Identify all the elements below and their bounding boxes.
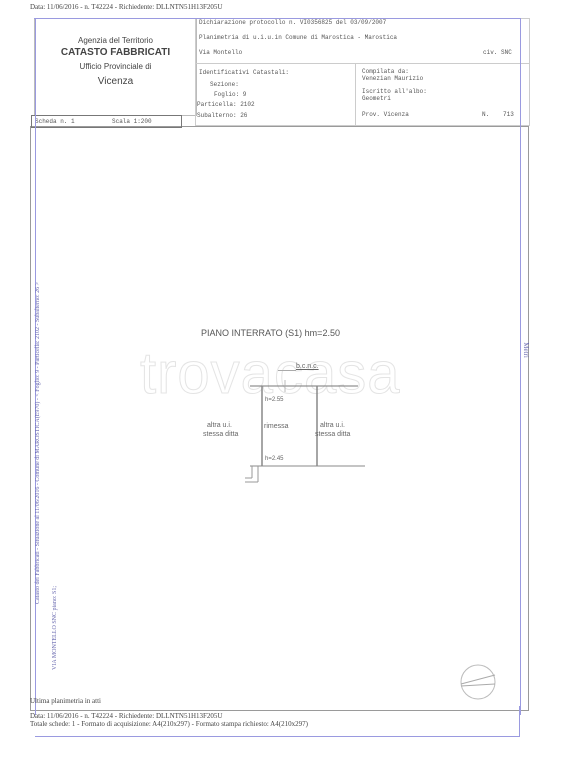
bcnc-label: b.c.n.c. <box>296 363 319 370</box>
compilata-title: Compilata da: <box>362 68 409 75</box>
registry-n-label: N. <box>482 111 489 118</box>
blue-frame-top <box>34 18 520 19</box>
civic-number: civ. SNC <box>483 49 512 56</box>
left-unit-owner: stessa ditta <box>203 431 238 438</box>
blue-frame-right <box>520 18 521 715</box>
identificativi-title: Identificativi Catastali: <box>199 69 289 76</box>
scheda-scale: Scala 1:200 <box>112 118 152 125</box>
height-bottom-label: h=2.45 <box>265 456 284 462</box>
header-divider-vertical <box>355 63 356 126</box>
side-catasto-text: Catasto dei Fabbricati - Situazione al 1… <box>35 123 41 763</box>
scale-unit-text: Metri <box>522 330 530 370</box>
right-unit-label: altra u.i. <box>320 422 345 429</box>
office-label: Ufficio Provinciale di <box>34 62 197 71</box>
footer-format-info: Totale schede: 1 - Formato di acquisizio… <box>30 720 308 728</box>
footer-print-info: Data: 11/06/2016 - n. T42224 - Richieden… <box>30 712 222 720</box>
room-label: rimessa <box>264 423 289 430</box>
height-top-label: h=2.55 <box>265 397 284 403</box>
agency-name: Agenzia del Territorio <box>34 36 197 45</box>
north-arrow-icon <box>458 662 498 702</box>
left-unit-label: altra u.i. <box>207 422 232 429</box>
blue-frame-bottom <box>35 736 520 737</box>
planimetria-text: Planimetria di u.i.u.in Comune di Marost… <box>199 34 397 41</box>
catasto-title: CATASTO FABBRICATI <box>34 47 197 58</box>
floor-plan-drawing <box>240 380 370 490</box>
iscritto-label: Iscritto all'albo: <box>362 88 427 95</box>
province-field: Prov. Vicenza <box>362 111 409 118</box>
ultima-planimetria: Ultima planimetria in atti <box>30 697 101 705</box>
particella-field: Particella: 2102 <box>197 101 255 108</box>
compilata-name: Venezian Maurizio <box>362 75 423 82</box>
header-divider <box>195 63 530 64</box>
dichiarazione-text: Dichiarazione protocollo n. VI0356825 de… <box>199 19 386 26</box>
right-unit-owner: stessa ditta <box>315 431 350 438</box>
top-print-info: Data: 11/06/2016 - n. T42224 - Richieden… <box>30 3 222 11</box>
albo-value: Geometri <box>362 95 391 102</box>
blue-frame-right-bottom <box>519 706 520 736</box>
address-text: Via Montello <box>199 49 242 56</box>
side-address-text: VIA MONTELLO SNC piano: S1; <box>52 568 58 688</box>
registry-n-value: 713 <box>503 111 514 118</box>
bcnc-arrow <box>278 370 296 371</box>
office-city: Vicenza <box>34 76 197 87</box>
subalterno-field: Subalterno: 26 <box>197 112 247 119</box>
foglio-field: Foglio: 9 <box>214 91 246 98</box>
sezione-field: Sezione: <box>210 81 239 88</box>
plan-title: PIANO INTERRATO (S1) hm=2.50 <box>201 328 340 338</box>
